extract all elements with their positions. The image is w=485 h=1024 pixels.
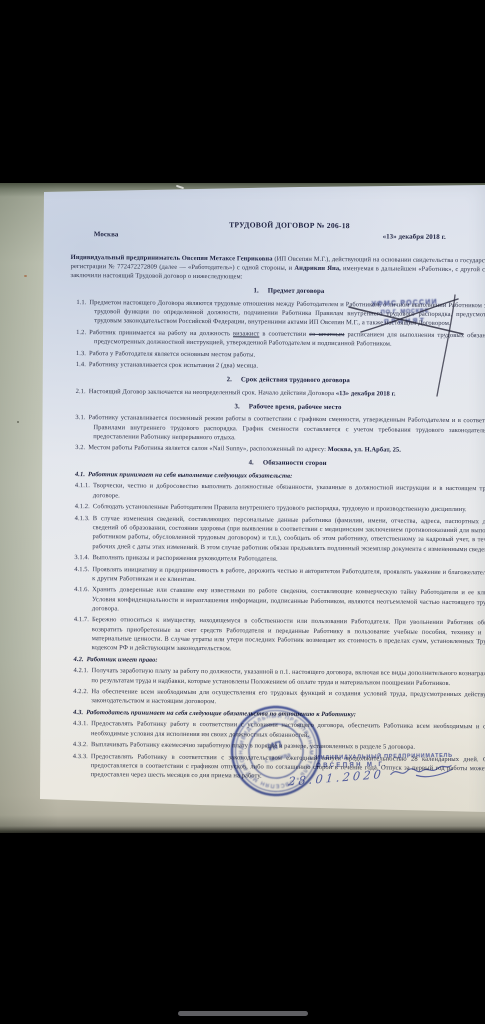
bottom-letterbox [0,833,485,1024]
document-photo: ТРУДОВОЙ ДОГОВОР № 206-18 Москва «13» де… [0,183,485,833]
seal-center-text: ИП [267,740,284,754]
top-letterbox [0,0,485,183]
home-indicator-bar[interactable] [178,1011,308,1016]
photo-viewer-screen: ТРУДОВОЙ ДОГОВОР № 206-18 Москва «13» де… [0,0,485,1024]
